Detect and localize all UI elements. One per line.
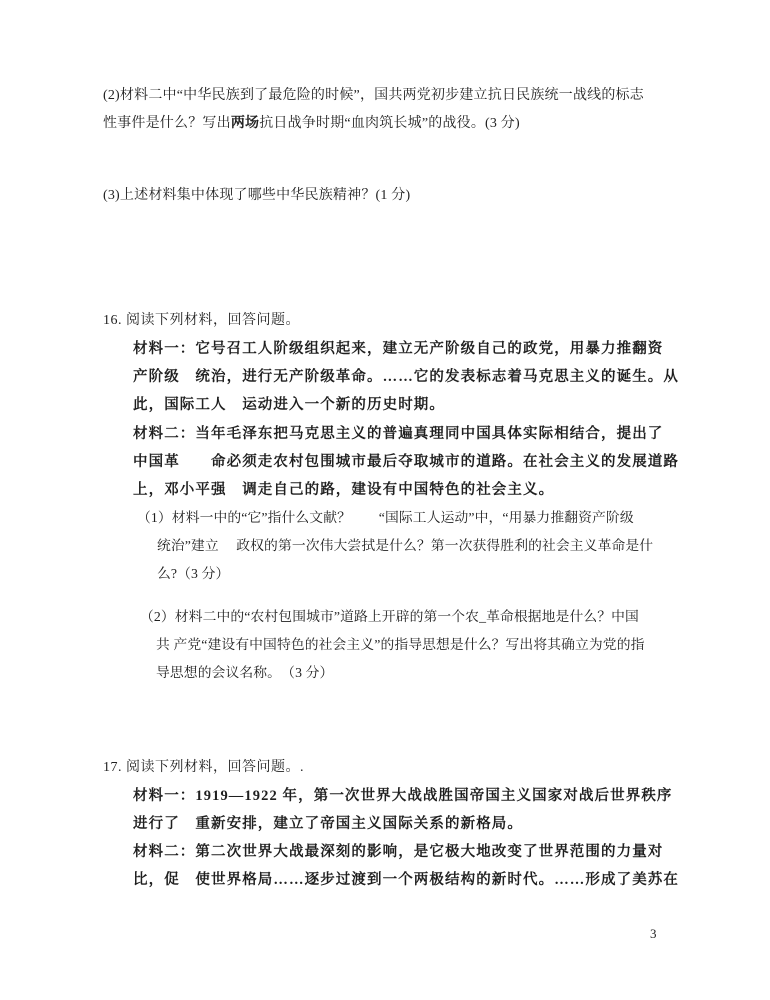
question17-material1-line2: 进行了 重新安排，建立了帝国主义国际关系的新格局。 — [133, 817, 523, 832]
prev-question-part2-line1: (2)材料二中“中华民族到了最危险的时候”，国共两党初步建立抗日民族统一战线的标… — [103, 89, 644, 103]
part2-line2-text-after: 抗日战争时期“血肉筑长城”的战役。(3 分) — [259, 116, 520, 131]
question16-material1-line2: 产阶级 统治，进行无产阶级革命。……它的发表标志着马克思主义的诞生。从 — [133, 370, 679, 385]
question17-heading: 17. 阅读下列材料，回答问题。. — [103, 761, 304, 775]
question16-material1-line1: 材料一：它号召工人阶级组织起来，建立无产阶级自己的政党，用暴力推翻资 — [133, 342, 663, 357]
exam-paper-page: (2)材料二中“中华民族到了最危险的时候”，国共两党初步建立抗日民族统一战线的标… — [0, 0, 770, 1000]
part2-line2-text-before: 性事件是什么？写出 — [103, 116, 231, 131]
question17-material2-line1: 材料二：第二次世界大战最深刻的影响，是它极大地改变了世界范围的力量对 — [133, 845, 663, 860]
prev-question-part2-line2: 性事件是什么？写出两场抗日战争时期“血肉筑长城”的战役。(3 分) — [103, 117, 520, 131]
question17-material2-line2: 比，促 使世界格局……逐步过渡到一个两极结构的新时代。……形成了美苏在 — [133, 873, 679, 888]
question16-sub1-line2: 统治”建立 政权的第一次伟大尝拭是什么？第一次获得胜利的社会主义革命是什 — [157, 539, 653, 553]
question16-sub1-line1: （1）材料一中的“它”指什么文献？ “国际工人运动”中，“用暴力推翻资产阶级 — [137, 511, 634, 525]
part2-line2-bold-phrase: 两场 — [231, 116, 259, 131]
prev-question-part3: (3)上述材料集中体现了哪些中华民族精神？(1 分) — [103, 189, 410, 203]
question16-material2-line3: 上，邓小平强 调走自己的路，建设有中国特色的社会主义。 — [133, 483, 554, 498]
question16-sub2-line2: 共 产党“建设有中国特色的社会主义”的指导思想是什么？写出将其确立为党的指 — [156, 638, 645, 652]
question16-sub2-line1: （2）材料二中的“农村包围城市”道路上开辟的第一个农_革命根据地是什么？中国 — [140, 610, 639, 624]
question16-material2-line1: 材料二：当年毛泽东把马克思主义的普遍真理同中国具体实际相结合，提出了 — [133, 427, 663, 442]
question17-material1-line1: 材料一：1919—1922 年，第一次世界大战战胜国帝国主义国家对战后世界秩序 — [133, 789, 673, 804]
page-number: 3 — [650, 927, 657, 940]
question16-heading: 16. 阅读下列材料，回答问题。 — [103, 314, 300, 328]
question16-sub2-line3: 导思想的会议名称。 （3 分） — [156, 666, 333, 680]
question16-sub1-line3: 么?（3 分） — [157, 567, 229, 581]
question16-material1-line3: 此，国际工人 运动进入一个新的历史时期。 — [133, 398, 445, 413]
question16-material2-line2: 中国革 命必须走农村包围城市最后夺取城市的道路。在社会主义的发展道路 — [133, 455, 679, 470]
